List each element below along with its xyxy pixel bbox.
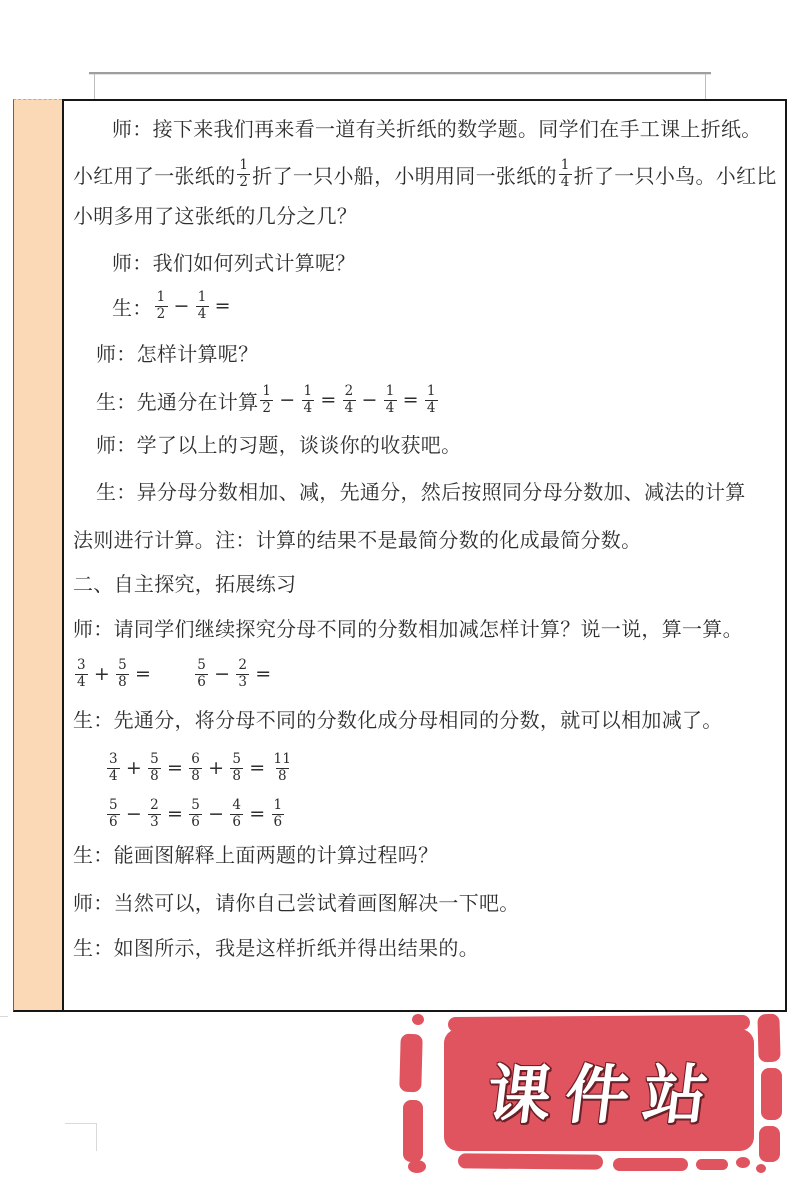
stamp-ink-dot [408,1160,426,1173]
doc-line: 法则进行计算。注：计算的结果不是最简分数的化成最简分数。 [73,517,641,559]
math-operator: = [167,803,183,825]
fraction-denominator: 3 [236,674,249,691]
fraction: 14 [384,384,397,416]
fraction-denominator: 8 [148,768,161,785]
stamp-label: 课件站 [470,1044,727,1136]
fraction: 16 [272,798,285,830]
doc-text: 师：当然可以，请你自己尝试着画图解决一下吧。 [73,887,520,916]
fraction: 58 [116,658,129,690]
doc-text: 师：学了以上的习题，谈谈你的收获吧。 [96,429,461,458]
fraction-numerator: 3 [107,752,120,768]
fraction: 23 [148,798,161,830]
fraction: 14 [425,384,438,416]
stamp-ink-dot [412,1014,424,1025]
page-margin-line-left [94,74,95,100]
doc-line: 34+58=68+58=118 [105,747,295,789]
doc-line: 师：怎样计算呢？ [96,331,258,373]
doc-text: 生：先通分在计算 [96,386,258,415]
fraction-numerator: 6 [189,752,202,768]
page-margin-line-right [705,74,706,100]
table-left-shaded-cell [13,99,62,1012]
fraction-numerator: 2 [236,658,249,674]
fraction: 14 [559,158,572,190]
fraction: 12 [237,158,250,190]
doc-text: 折了一只小鸟。小红比 [574,160,777,189]
doc-text: 二、自主探究，拓展练习 [73,568,296,597]
doc-line: 生：能画图解释上面两题的计算过程吗？ [73,832,438,874]
math-operator: − [214,663,230,685]
math-operator: − [208,803,224,825]
fraction: 118 [272,752,294,784]
fraction-denominator: 2 [237,174,250,191]
fraction-denominator: 4 [559,174,572,191]
doc-line: 师：学了以上的习题，谈谈你的收获吧。 [96,422,461,464]
math-operator: = [135,663,151,685]
fraction-denominator: 8 [276,768,289,785]
fraction: 46 [230,798,243,830]
fraction-denominator: 4 [343,400,356,417]
stamp-ink-dot [756,1164,766,1173]
fraction-denominator: 6 [195,674,208,691]
fraction-numerator: 11 [272,752,294,768]
math-operator: + [94,663,110,685]
fraction: 58 [148,752,161,784]
doc-line: 小明多用了这张纸的几分之几？ [73,193,357,235]
math-operator: − [126,803,142,825]
document-text-area: 师：接下来我们再来看一道有关折纸的数学题。同学们在手工课上折纸。小红用了一张纸的… [64,101,785,1010]
fraction: 34 [75,658,88,690]
fraction-numerator: 1 [272,798,285,814]
stamp-ink-dot [736,1157,750,1168]
fraction-denominator: 2 [155,306,168,323]
fraction-denominator: 6 [189,814,202,831]
math-operator: = [255,663,271,685]
fraction-denominator: 6 [230,814,243,831]
doc-line: 师：我们如何列式计算呢？ [112,240,356,282]
doc-line: 师：当然可以，请你自己尝试着画图解决一下吧。 [73,880,520,922]
fraction-denominator: 2 [260,400,273,417]
math-operator: = [249,803,265,825]
doc-text: 生： [112,292,153,321]
doc-text: 生：如图所示，我是这样折纸并得出结果的。 [73,932,479,961]
stamp-brush-stroke [759,1126,780,1162]
fraction: 14 [302,384,315,416]
fraction: 68 [189,752,202,784]
doc-text: 师：接下来我们再来看一道有关折纸的数学题。同学们在手工课上折纸。 [112,113,762,142]
fraction-numerator: 2 [148,798,161,814]
fraction-denominator: 4 [107,768,120,785]
fraction-numerator: 1 [302,384,315,400]
math-operator: − [362,389,378,411]
doc-line: 34+58=56−23= [73,653,276,695]
fraction-numerator: 5 [189,798,202,814]
fraction-denominator: 4 [196,306,209,323]
fraction-numerator: 5 [148,752,161,768]
stamp-brush-stroke [696,1159,728,1170]
fraction-numerator: 2 [343,384,356,400]
math-operator: − [174,295,190,317]
doc-line: 生：如图所示，我是这样折纸并得出结果的。 [73,925,479,967]
stamp-brush-stroke [613,1158,688,1171]
fraction-numerator: 3 [75,658,88,674]
math-operator: + [208,757,224,779]
fraction-denominator: 8 [116,674,129,691]
math-operator: = [167,757,183,779]
fraction-numerator: 5 [230,752,243,768]
doc-text: 师：怎样计算呢？ [96,338,258,367]
fraction-denominator: 3 [148,814,161,831]
doc-text: 生：先通分，将分母不同的分数化成分母相同的分数，就可以相加减了。 [73,704,723,733]
fraction-denominator: 4 [75,674,88,691]
doc-text: 生：能画图解释上面两题的计算过程吗？ [73,839,438,868]
stamp-brush-stroke [757,1014,780,1063]
doc-line: 生：12−14= [112,285,235,327]
fraction: 56 [195,658,208,690]
doc-line: 师：请同学们继续探究分母不同的分数相加减怎样计算？说一说，算一算。 [73,606,743,648]
fraction-denominator: 6 [272,814,285,831]
doc-line: 师：接下来我们再来看一道有关折纸的数学题。同学们在手工课上折纸。 [112,106,762,148]
math-operator: − [279,389,295,411]
math-operator: = [403,389,419,411]
doc-line: 二、自主探究，拓展练习 [73,561,296,603]
math-operator: = [320,389,336,411]
fraction-numerator: 1 [155,290,168,306]
fraction: 12 [155,290,168,322]
doc-text: 折了一只小船，小明用同一张纸的 [252,160,557,189]
fraction: 12 [260,384,273,416]
fraction-numerator: 1 [384,384,397,400]
math-operator: + [126,757,142,779]
stamp-brush-stroke [761,1068,782,1120]
fraction-numerator: 5 [116,658,129,674]
math-operator: = [215,295,231,317]
fraction-numerator: 1 [425,384,438,400]
kejianzhan-stamp: 课件站 [398,1012,784,1182]
doc-line: 56−23=56−46=16 [105,793,286,835]
stamp-brush-stroke [458,1153,603,1169]
stamp-brush-stroke [403,1100,423,1162]
text-boundary-edge-mark [0,1016,8,1017]
text-boundary-corner-mark [65,1123,97,1151]
doc-text: 生：异分母分数相加、减，先通分，然后按照同分母分数加、减法的计算 [96,476,746,505]
stamp-plate: 课件站 [444,1029,754,1151]
fraction-numerator: 4 [230,798,243,814]
fraction: 56 [189,798,202,830]
doc-text: 师：我们如何列式计算呢？ [112,247,356,276]
fraction: 56 [107,798,120,830]
fraction-denominator: 6 [107,814,120,831]
page-break-rule [89,72,711,75]
fraction: 34 [107,752,120,784]
fraction-denominator: 4 [384,400,397,417]
fraction-numerator: 5 [107,798,120,814]
fraction-denominator: 4 [425,400,438,417]
stamp-brush-stroke [399,1034,423,1093]
fraction: 14 [196,290,209,322]
screenshot-canvas: 师：接下来我们再来看一道有关折纸的数学题。同学们在手工课上折纸。小红用了一张纸的… [0,0,800,1200]
doc-line: 生：先通分在计算12−14=24−14=14 [96,379,440,421]
doc-text: 小明多用了这张纸的几分之几？ [73,200,357,229]
doc-text: 法则进行计算。注：计算的结果不是最简分数的化成最简分数。 [73,524,641,553]
doc-text: 师：请同学们继续探究分母不同的分数相加减怎样计算？说一说，算一算。 [73,613,743,642]
document-table-cell: 师：接下来我们再来看一道有关折纸的数学题。同学们在手工课上折纸。小红用了一张纸的… [62,99,787,1012]
fraction-denominator: 8 [189,768,202,785]
fraction-denominator: 8 [230,768,243,785]
fraction-numerator: 1 [237,158,250,174]
fraction: 58 [230,752,243,784]
fraction-denominator: 4 [302,400,315,417]
doc-line: 小红用了一张纸的12折了一只小船，小明用同一张纸的14折了一只小鸟。小红比 [73,153,777,195]
doc-text: 小红用了一张纸的 [73,160,235,189]
doc-line: 生：异分母分数相加、减，先通分，然后按照同分母分数加、减法的计算 [96,469,746,511]
fraction: 24 [343,384,356,416]
fraction-numerator: 5 [195,658,208,674]
fraction-numerator: 1 [196,290,209,306]
fraction-numerator: 1 [260,384,273,400]
fraction-numerator: 1 [559,158,572,174]
doc-line: 生：先通分，将分母不同的分数化成分母相同的分数，就可以相加减了。 [73,697,723,739]
fraction: 23 [236,658,249,690]
math-operator: = [249,757,265,779]
